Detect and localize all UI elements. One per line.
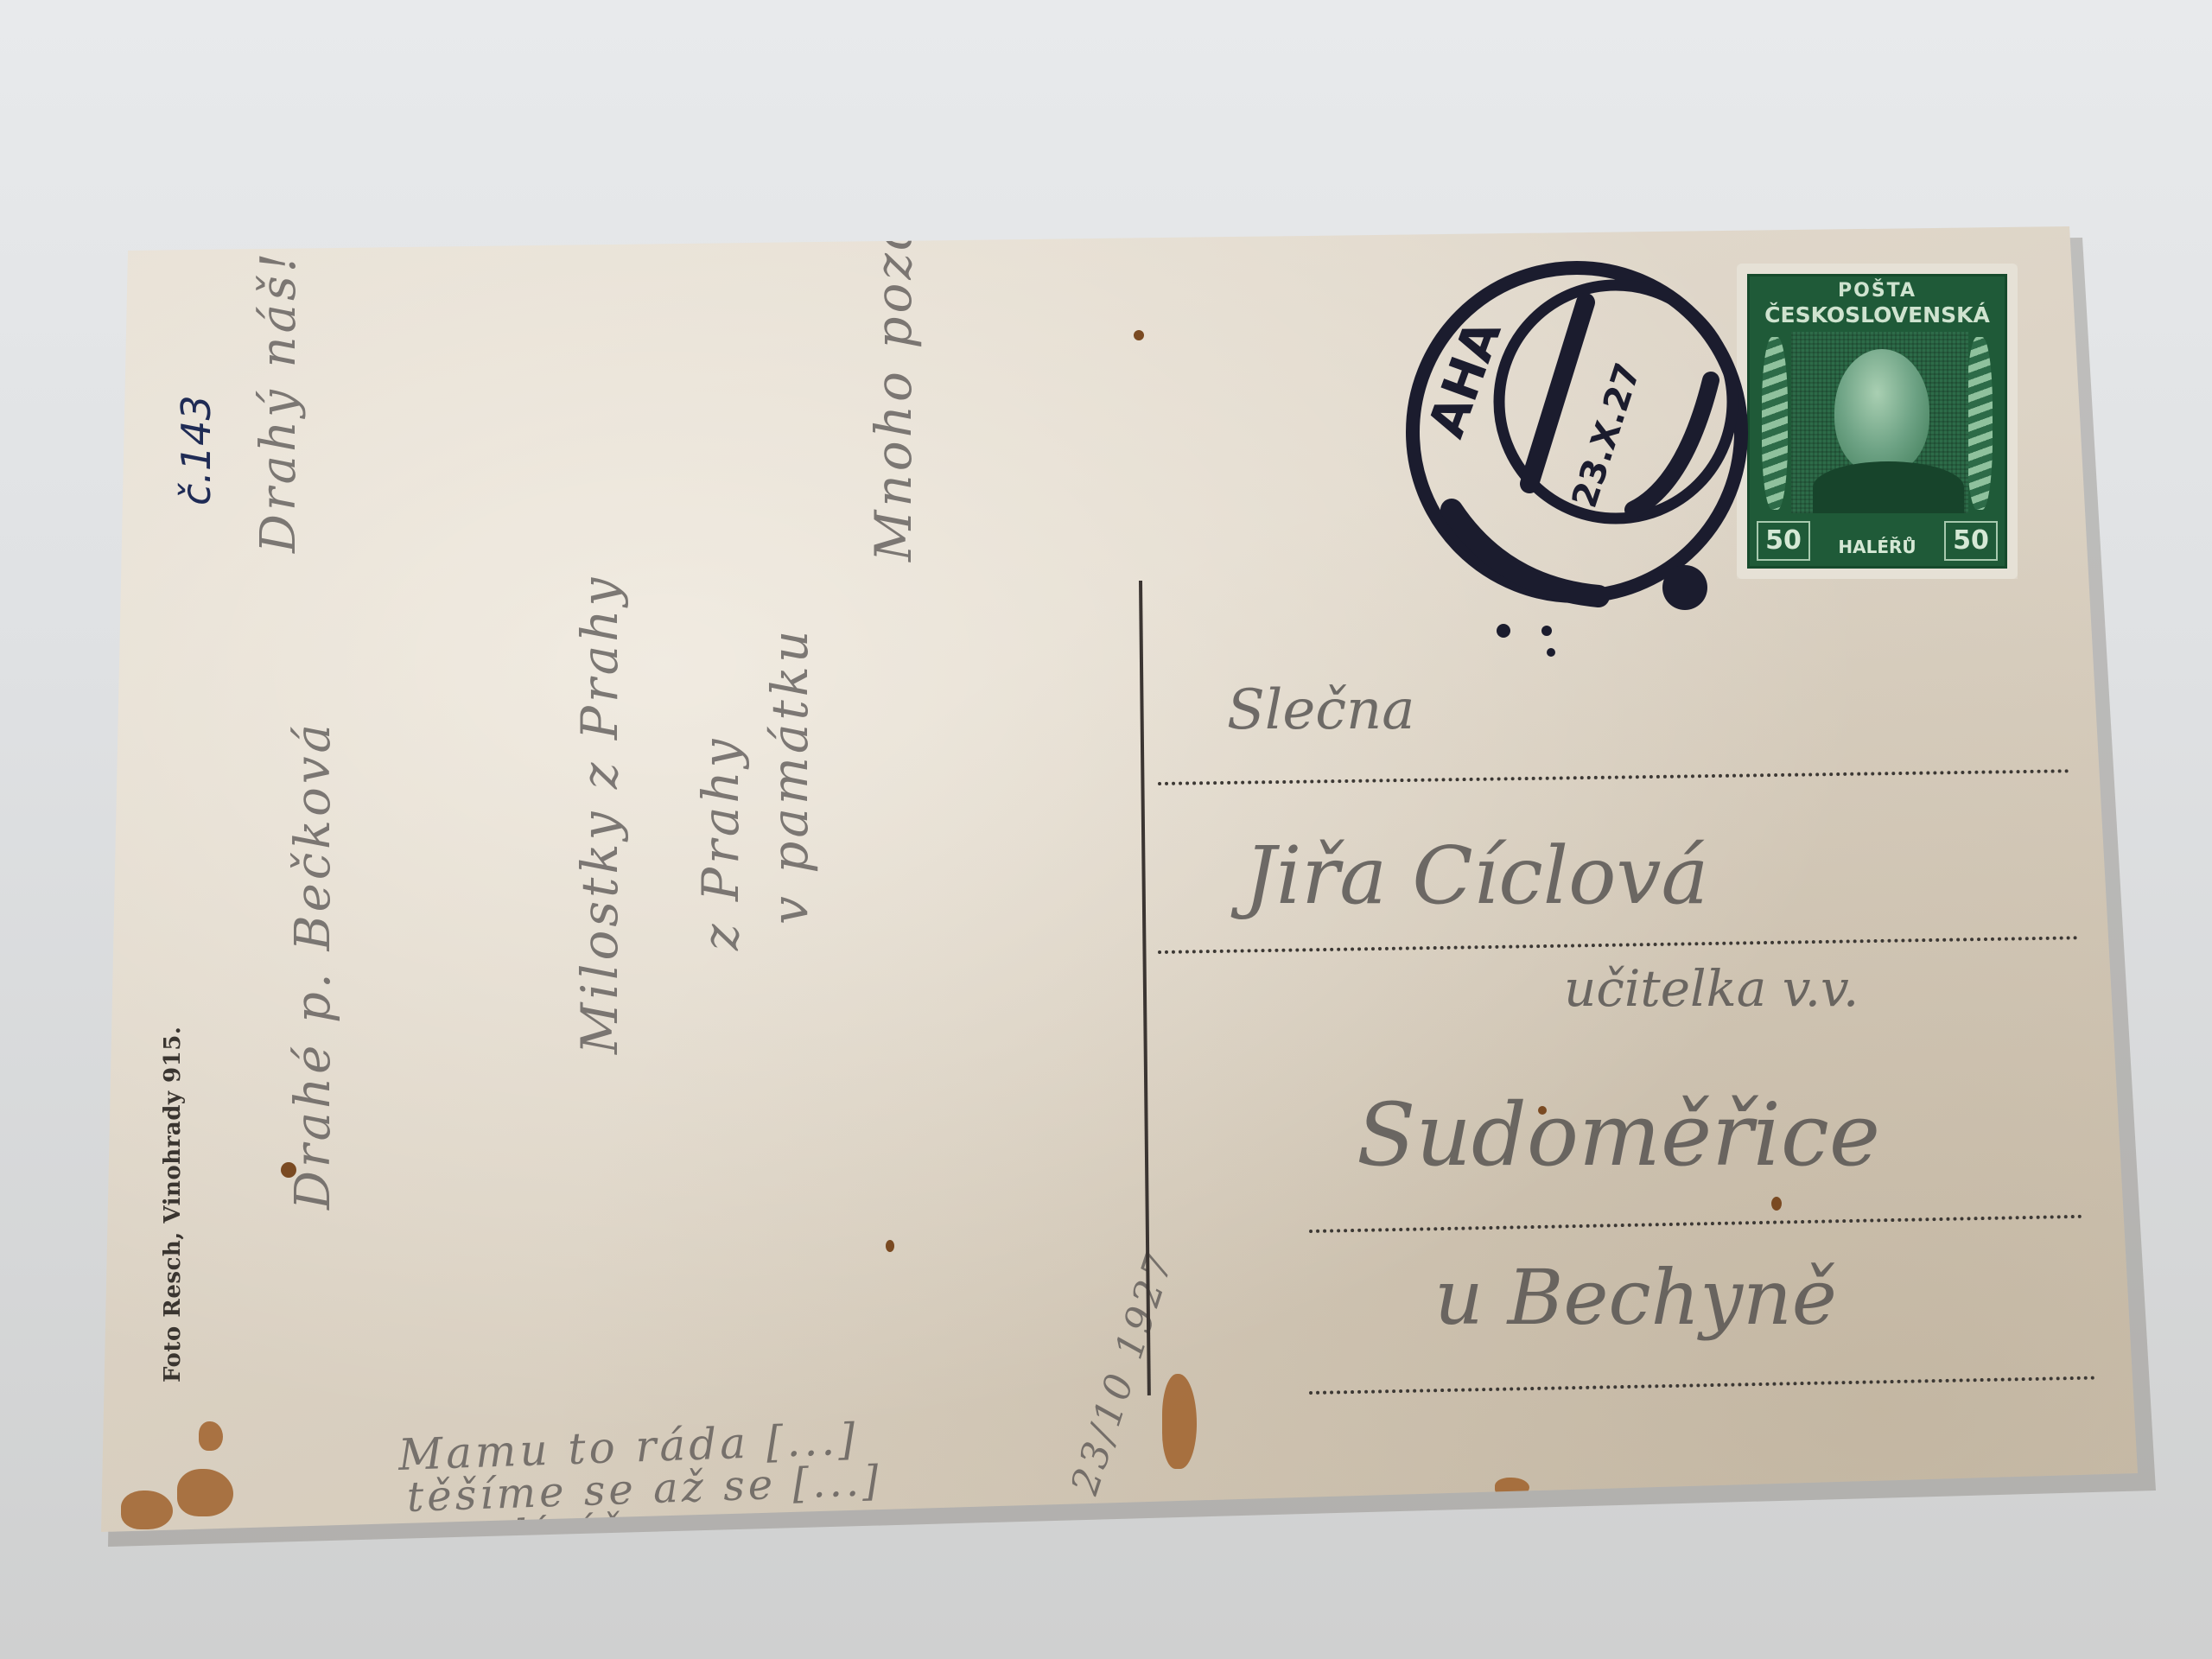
publisher-imprint: Foto Resch, Vinohrady 915.	[160, 1027, 186, 1382]
stain-bottom-left-1	[121, 1491, 173, 1529]
address-line-rule	[1158, 769, 2069, 785]
catalog-number-note: č.143	[173, 395, 219, 505]
address-name: Jiřa Cíclová	[1244, 829, 1708, 922]
portrait-head	[1834, 349, 1929, 474]
stamp-currency: HALÉŘŮ	[1823, 537, 1931, 557]
message-salutation-1: Drahý náš!	[251, 250, 307, 553]
stamp-text-country: ČESKOSLOVENSKÁ	[1750, 302, 2005, 327]
address-line-rule	[1309, 1215, 2082, 1233]
address-title: učitelka v.v.	[1564, 959, 1859, 1018]
stamp-portrait	[1791, 332, 1968, 513]
speck	[1771, 1197, 1782, 1211]
postmark-date: 23.X.27	[1565, 359, 1649, 512]
message-line: z Prahy	[691, 736, 750, 950]
message-line: Milostky z Prahy	[570, 575, 629, 1054]
postmark-cancel: AHA 23.X.27	[1400, 225, 1780, 674]
portrait-coat	[1813, 461, 1964, 513]
stain-bottom-left-3	[199, 1421, 223, 1451]
message-salutation-2: Drahé p. Bečková	[285, 721, 341, 1210]
laurel-right-icon	[1967, 337, 1993, 510]
stamp-text-posta: POŠTA	[1750, 280, 2005, 302]
stain-divider-bottom	[1162, 1374, 1197, 1469]
stamp-face: POŠTA ČESKOSLOVENSKÁ 50 HALÉŘŮ 50	[1747, 274, 2007, 569]
message-line: v památku	[760, 627, 819, 925]
stamp-value-right: 50	[1944, 521, 1998, 561]
address-town: Sudoměřice	[1357, 1084, 1880, 1185]
address-region: u Bechyně	[1434, 1253, 1837, 1342]
message-line: Mnoho pozdravů	[864, 86, 923, 562]
message-date: 23/10 1927	[1063, 1246, 1183, 1500]
speck	[1134, 330, 1144, 340]
postcard: Foto Resch, Vinohrady 915. č.143 Drahý n…	[0, 0, 2212, 1659]
stain-bottom-left-2	[177, 1469, 233, 1516]
address-line-rule	[1158, 936, 2078, 954]
address-line-rule	[1309, 1376, 2095, 1395]
speck	[886, 1240, 894, 1252]
address-salutation: Slečna	[1227, 678, 1414, 742]
